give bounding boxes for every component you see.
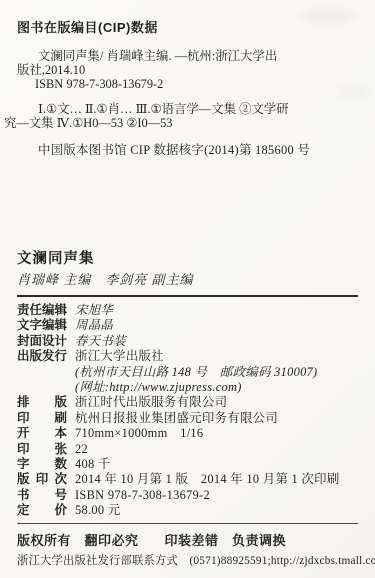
cip-entry-line: 文澜同声集/ 肖瑞峰主编. —杭州:浙江大学出 bbox=[17, 49, 358, 63]
colophon-section: 责任编辑宋旭华 文字编辑周晶晶 封面设计春天书装 出版发行浙江大学出版社 (杭州… bbox=[17, 297, 358, 519]
colophon-value: ISBN 978-7-308-13679-2 bbox=[75, 488, 210, 502]
title-block: 文澜同声集 肖瑞峰 主编 李剑亮 副主编 bbox=[17, 250, 358, 288]
colophon-value: 22 bbox=[75, 442, 88, 456]
colophon-row: 书号ISBN 978-7-308-13679-2 bbox=[17, 488, 358, 503]
colophon-label: 定价 bbox=[17, 503, 67, 518]
colophon-value: 宋旭华 bbox=[75, 303, 113, 317]
cip-entry: 文澜同声集/ 肖瑞峰主编. —杭州:浙江大学出 版社,2014.10 ISBN … bbox=[17, 49, 358, 91]
book-title: 文澜同声集 bbox=[17, 250, 358, 268]
colophon-label: 排版 bbox=[17, 395, 67, 410]
colophon-value: 浙江大学出版社 bbox=[75, 349, 164, 363]
colophon-value: 408 千 bbox=[75, 457, 111, 471]
cip-header: 图书在版编目(CIP)数据 bbox=[17, 20, 358, 36]
colophon-row: 出版发行浙江大学出版社 bbox=[17, 349, 358, 364]
scan-smudge bbox=[300, 10, 358, 22]
cip-classification: Ⅰ.①文… Ⅱ.①肖… Ⅲ.①语言学—文集 ②文学研 究—文集 Ⅳ.①H0—53… bbox=[17, 102, 358, 130]
colophon-label: 书号 bbox=[17, 488, 67, 503]
colophon-value: 杭州日报报业集团盛元印务有限公司 bbox=[75, 411, 278, 425]
scan-smudge bbox=[338, 88, 368, 98]
colophon-label: 文字编辑 bbox=[17, 318, 67, 333]
colophon-value: 710mm×1000mm 1/16 bbox=[75, 426, 203, 440]
book-copyright-page: 图书在版编目(CIP)数据 文澜同声集/ 肖瑞峰主编. —杭州:浙江大学出 版社… bbox=[0, 0, 375, 578]
colophon-row: 定价58.00 元 bbox=[17, 503, 358, 518]
colophon-value: 2014 年 10 月第 1 版 2014 年 10 月第 1 次印刷 bbox=[75, 472, 340, 486]
colophon-row: 字数408 千 bbox=[17, 457, 358, 472]
cip-section: 图书在版编目(CIP)数据 文澜同声集/ 肖瑞峰主编. —杭州:浙江大学出 版社… bbox=[17, 20, 358, 157]
copyright-notice-right: 印装差错 负责调换 bbox=[165, 533, 287, 548]
copyright-notice: 版权所有 翻印必究印装差错 负责调换 bbox=[17, 533, 358, 549]
publisher-contact: 浙江大学出版社发行部联系方式 (0571)88925591;http://zjd… bbox=[17, 554, 358, 568]
colophon-row: 责任编辑宋旭华 bbox=[17, 303, 358, 318]
colophon-label: 出版发行 bbox=[17, 349, 67, 364]
footer: 版权所有 翻印必究印装差错 负责调换 浙江大学出版社发行部联系方式 (0571)… bbox=[17, 533, 358, 568]
colophon-row: 文字编辑周晶晶 bbox=[17, 318, 358, 333]
colophon-label: 封面设计 bbox=[17, 334, 67, 349]
colophon-extra-line: (网址:http://www.zjupress.com) bbox=[17, 380, 358, 395]
cip-class-line: Ⅰ.①文… Ⅱ.①肖… Ⅲ.①语言学—文集 ②文学研 bbox=[17, 102, 358, 116]
colophon-value: 58.00 元 bbox=[75, 503, 120, 517]
colophon-row: 封面设计春天书装 bbox=[17, 334, 358, 349]
cip-record-number: 中国版本图书馆 CIP 数据核字(2014)第 185600 号 bbox=[17, 143, 358, 157]
cip-class-line: 究—文集 Ⅳ.①H0—53 ②I0—53 bbox=[4, 116, 358, 130]
colophon-value: 春天书装 bbox=[75, 334, 126, 348]
colophon-row: 开本710mm×1000mm 1/16 bbox=[17, 426, 358, 441]
copyright-notice-left: 版权所有 翻印必究 bbox=[17, 533, 139, 548]
colophon-label: 开本 bbox=[17, 426, 67, 441]
colophon-label: 印刷 bbox=[17, 411, 67, 426]
cip-isbn: ISBN 978-7-308-13679-2 bbox=[17, 77, 358, 91]
colophon-value: 周晶晶 bbox=[75, 318, 113, 332]
colophon-label: 字数 bbox=[17, 457, 67, 472]
cip-entry-line: 版社,2014.10 bbox=[17, 63, 358, 77]
colophon-label: 印张 bbox=[17, 442, 67, 457]
colophon-row: 排版浙江时代出版服务有限公司 bbox=[17, 395, 358, 410]
colophon-row: 印张22 bbox=[17, 442, 358, 457]
colophon-label: 版印次 bbox=[17, 472, 67, 487]
divider-thin bbox=[17, 523, 358, 524]
editors-byline: 肖瑞峰 主编 李剑亮 副主编 bbox=[17, 272, 358, 288]
colophon-value: 浙江时代出版服务有限公司 bbox=[75, 395, 227, 409]
colophon-extra-line: (杭州市天目山路 148 号 邮政编码 310007) bbox=[17, 365, 358, 380]
colophon-row: 版印次2014 年 10 月第 1 版 2014 年 10 月第 1 次印刷 bbox=[17, 472, 358, 487]
colophon-row: 印刷杭州日报报业集团盛元印务有限公司 bbox=[17, 411, 358, 426]
colophon-label: 责任编辑 bbox=[17, 303, 67, 318]
